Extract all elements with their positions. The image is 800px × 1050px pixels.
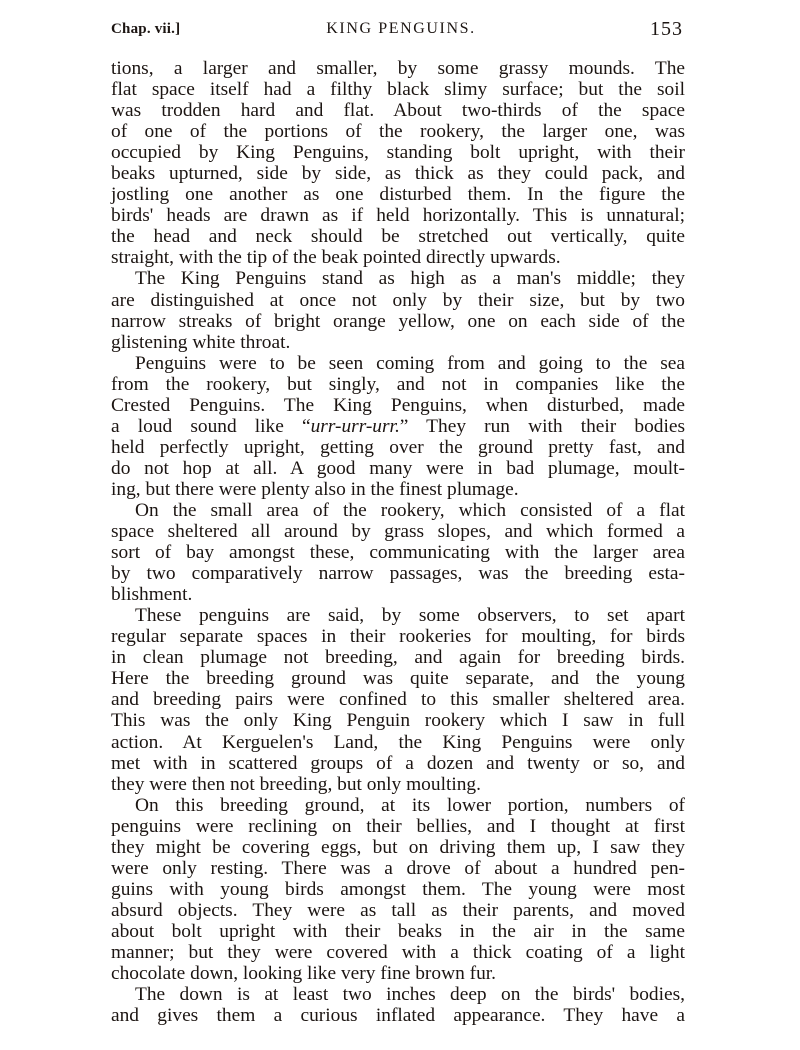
text-line: occupied by King Penguins, standing bolt…	[111, 142, 685, 163]
text-line: space sheltered all around by grass slop…	[111, 521, 685, 542]
text-line: Here the breeding ground was quite separ…	[111, 668, 685, 689]
text-line: guins with young birds amongst them. The…	[111, 879, 685, 900]
text-line: by two comparatively narrow passages, wa…	[111, 563, 685, 584]
text-line: in clean plumage not breeding, and again…	[111, 647, 685, 668]
text-line: ing, but there were plenty also in the f…	[111, 479, 685, 500]
text-line: held perfectly upright, getting over the…	[111, 437, 685, 458]
text-line: On the small area of the rookery, which …	[111, 500, 685, 521]
text-line: glistening white throat.	[111, 332, 685, 353]
text-line: the head and neck should be stretched ou…	[111, 226, 685, 247]
text-line: chocolate down, looking like very fine b…	[111, 963, 685, 984]
page-number: 153	[650, 18, 683, 41]
text-line: These penguins are said, by some observe…	[111, 605, 685, 626]
text-line: birds' heads are drawn as if held horizo…	[111, 205, 685, 226]
text-line: The down is at least two inches deep on …	[111, 984, 685, 1005]
text-line: action. At Kerguelen's Land, the King Pe…	[111, 732, 685, 753]
text-line: The King Penguins stand as high as a man…	[111, 268, 685, 289]
text-line: beaks upturned, side by side, as thick a…	[111, 163, 685, 184]
text-line: and breeding pairs were confined to this…	[111, 689, 685, 710]
text-line: met with in scattered groups of a dozen …	[111, 753, 685, 774]
italic-sound: urr-urr-urr.	[311, 416, 400, 437]
book-page: Chap. vii.] KING PENGUINS. 153 tions, a …	[0, 0, 800, 1050]
text-line: narrow streaks of bright orange yellow, …	[111, 311, 685, 332]
running-head: Chap. vii.] KING PENGUINS. 153	[111, 18, 683, 44]
text-line: were only resting. There was a drove of …	[111, 858, 685, 879]
text-line: Penguins were to be seen coming from and…	[111, 353, 685, 374]
page-title: KING PENGUINS.	[111, 20, 683, 38]
text-line: about bolt upright with their beaks in t…	[111, 921, 685, 942]
text-line: do not hop at all. A good many were in b…	[111, 458, 685, 479]
text-line: of one of the portions of the rookery, t…	[111, 121, 685, 142]
text-line: was trodden hard and flat. About two-thi…	[111, 100, 685, 121]
text-line: sort of bay amongst these, communicating…	[111, 542, 685, 563]
text-line: regular separate spaces in their rookeri…	[111, 626, 685, 647]
text-line: blishment.	[111, 584, 685, 605]
text-line: they were then not breeding, but only mo…	[111, 774, 685, 795]
body-text: tions, a larger and smaller, by some gra…	[111, 58, 685, 1026]
text-line: and gives them a curious inflated appear…	[111, 1005, 685, 1026]
text-line: On this breeding ground, at its lower po…	[111, 795, 685, 816]
text-line: from the rookery, but singly, and not in…	[111, 374, 685, 395]
text-line: penguins were reclining on their bellies…	[111, 816, 685, 837]
text-line: straight, with the tip of the beak point…	[111, 247, 685, 268]
text-line: tions, a larger and smaller, by some gra…	[111, 58, 685, 79]
text-line: are distinguished at once not only by th…	[111, 290, 685, 311]
text-line: absurd objects. They were as tall as the…	[111, 900, 685, 921]
text-line: Crested Penguins. The King Penguins, whe…	[111, 395, 685, 416]
text-line: jostling one another as one disturbed th…	[111, 184, 685, 205]
text-line: flat space itself had a filthy black sli…	[111, 79, 685, 100]
text-line: they might be covering eggs, but on driv…	[111, 837, 685, 858]
text-line: This was the only King Penguin rookery w…	[111, 710, 685, 731]
text-line: a loud sound like “urr-urr-urr.” They ru…	[111, 416, 685, 437]
text-line: manner; but they were covered with a thi…	[111, 942, 685, 963]
